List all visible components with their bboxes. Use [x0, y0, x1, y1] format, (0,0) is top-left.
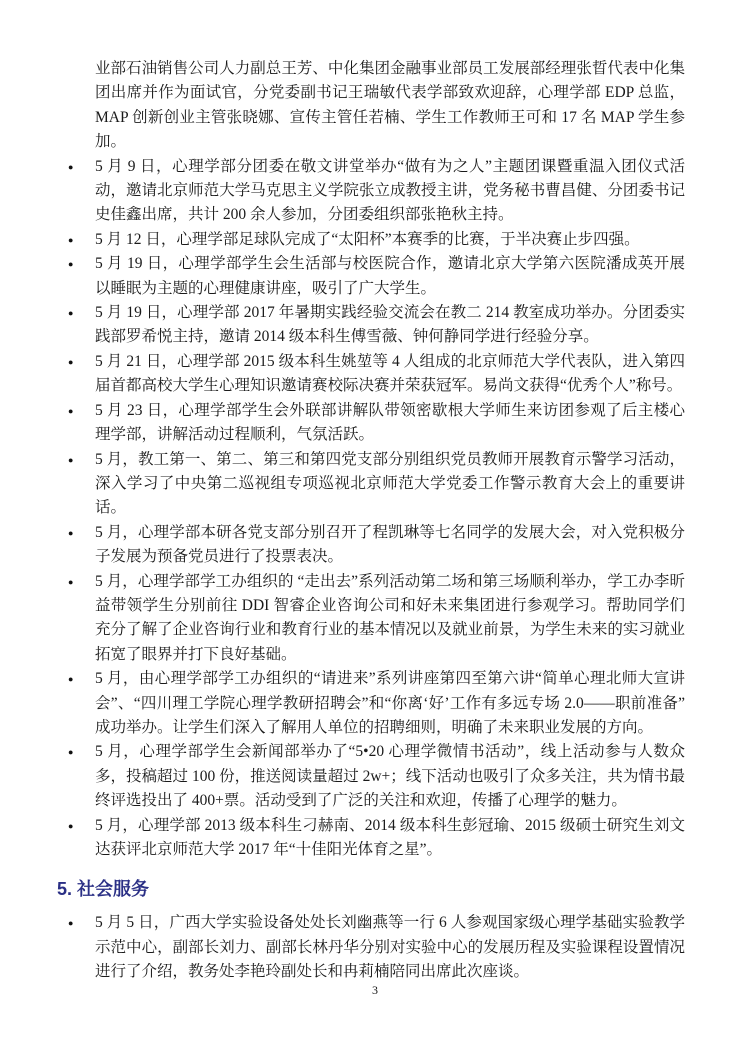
bullet-item: ● 5 月，心理学部学工办组织的 “走出去”系列活动第二场和第三场顺利举办，学工… — [68, 570, 685, 668]
bullet-item: ● 5 月 9 日，心理学部分团委在敬文讲堂举办“做有为之人”主题团课暨重温入团… — [68, 155, 685, 228]
bullet-item: ● 5 月，心理学部学生会新闻部举办了“5•20 心理学微情书活动”，线上活动参… — [68, 740, 685, 813]
bullet-text: 5 月，心理学部 2013 级本科生刁赫南、2014 级本科生彭冠瑜、2015 … — [95, 814, 685, 863]
bullet-text: 5 月，由心理学部学工办组织的“请进来”系列讲座第四至第六讲“简单心理北师大宣讲… — [95, 667, 685, 740]
bullet-icon: ● — [68, 911, 95, 984]
bullet-icon: ● — [68, 399, 95, 448]
bullet-item: ● 5 月，教工第一、第二、第三和第四党支部分别组织党员教师开展教育示警学习活动… — [68, 448, 685, 521]
bullet-text: 5 月 19 日，心理学部 2017 年暑期实践经验交流会在教二 214 教室成… — [95, 301, 685, 350]
bullet-icon: ● — [68, 521, 95, 570]
bullet-text: 5 月 19 日，心理学部学生会生活部与校医院合作，邀请北京大学第六医院潘成英开… — [95, 252, 685, 301]
bullet-item: ● 5 月，心理学部 2013 级本科生刁赫南、2014 级本科生彭冠瑜、201… — [68, 814, 685, 863]
bullet-text: 5 月，心理学部本研各党支部分别召开了程凯琳等七名同学的发展大会，对入党积极分子… — [95, 521, 685, 570]
bullet-text: 5 月 9 日，心理学部分团委在敬文讲堂举办“做有为之人”主题团课暨重温入团仪式… — [95, 155, 685, 228]
bullet-item: ● 5 月 5 日，广西大学实验设备处处长刘幽燕等一行 6 人参观国家级心理学基… — [68, 911, 685, 984]
bullet-icon: ● — [68, 228, 95, 252]
bullet-text: 5 月，心理学部学工办组织的 “走出去”系列活动第二场和第三场顺利举办，学工办李… — [95, 570, 685, 668]
document-page: 业部石油销售公司人力副总王芳、中化集团金融事业部员工发展部经理张晢代表中化集团出… — [0, 0, 750, 1060]
bullet-text: 5 月，心理学部学生会新闻部举办了“5•20 心理学微情书活动”，线上活动参与人… — [95, 740, 685, 813]
bullet-item: ● 5 月 19 日，心理学部学生会生活部与校医院合作，邀请北京大学第六医院潘成… — [68, 252, 685, 301]
bullet-icon: ● — [68, 740, 95, 813]
bullet-icon: ● — [68, 570, 95, 668]
bullet-icon: ● — [68, 301, 95, 350]
bullet-text: 5 月 12 日，心理学部足球队完成了“太阳杯”本赛季的比赛，于半决赛止步四强。 — [95, 228, 685, 252]
bullet-item: ● 5 月 21 日，心理学部 2015 级本科生姚堃等 4 人组成的北京师范大… — [68, 350, 685, 399]
bullet-text: 5 月 23 日，心理学部学生会外联部讲解队带领密歇根大学师生来访团参观了后主楼… — [95, 399, 685, 448]
bullet-text: 5 月 5 日，广西大学实验设备处处长刘幽燕等一行 6 人参观国家级心理学基础实… — [95, 911, 685, 984]
bullet-icon: ● — [68, 667, 95, 740]
bullet-item: ● 5 月，心理学部本研各党支部分别召开了程凯琳等七名同学的发展大会，对入党积极… — [68, 521, 685, 570]
bullet-item: ● 5 月，由心理学部学工办组织的“请进来”系列讲座第四至第六讲“简单心理北师大… — [68, 667, 685, 740]
bullet-icon: ● — [68, 814, 95, 863]
bullet-icon: ● — [68, 448, 95, 521]
bullet-item: ● 5 月 12 日，心理学部足球队完成了“太阳杯”本赛季的比赛，于半决赛止步四… — [68, 228, 685, 252]
bullet-item: ● 5 月 23 日，心理学部学生会外联部讲解队带领密歇根大学师生来访团参观了后… — [68, 399, 685, 448]
bullet-icon: ● — [68, 350, 95, 399]
bullet-item: ● 5 月 19 日，心理学部 2017 年暑期实践经验交流会在教二 214 教… — [68, 301, 685, 350]
paragraph-continuation: 业部石油销售公司人力副总王芳、中化集团金融事业部员工发展部经理张晢代表中化集团出… — [95, 57, 685, 155]
bullet-text: 5 月 21 日，心理学部 2015 级本科生姚堃等 4 人组成的北京师范大学代… — [95, 350, 685, 399]
bullet-icon: ● — [68, 155, 95, 228]
section-heading-social-service: 5. 社会服务 — [57, 877, 685, 901]
page-number: 3 — [0, 978, 750, 1002]
bullet-text: 5 月，教工第一、第二、第三和第四党支部分别组织党员教师开展教育示警学习活动，深… — [95, 448, 685, 521]
bullet-icon: ● — [68, 252, 95, 301]
